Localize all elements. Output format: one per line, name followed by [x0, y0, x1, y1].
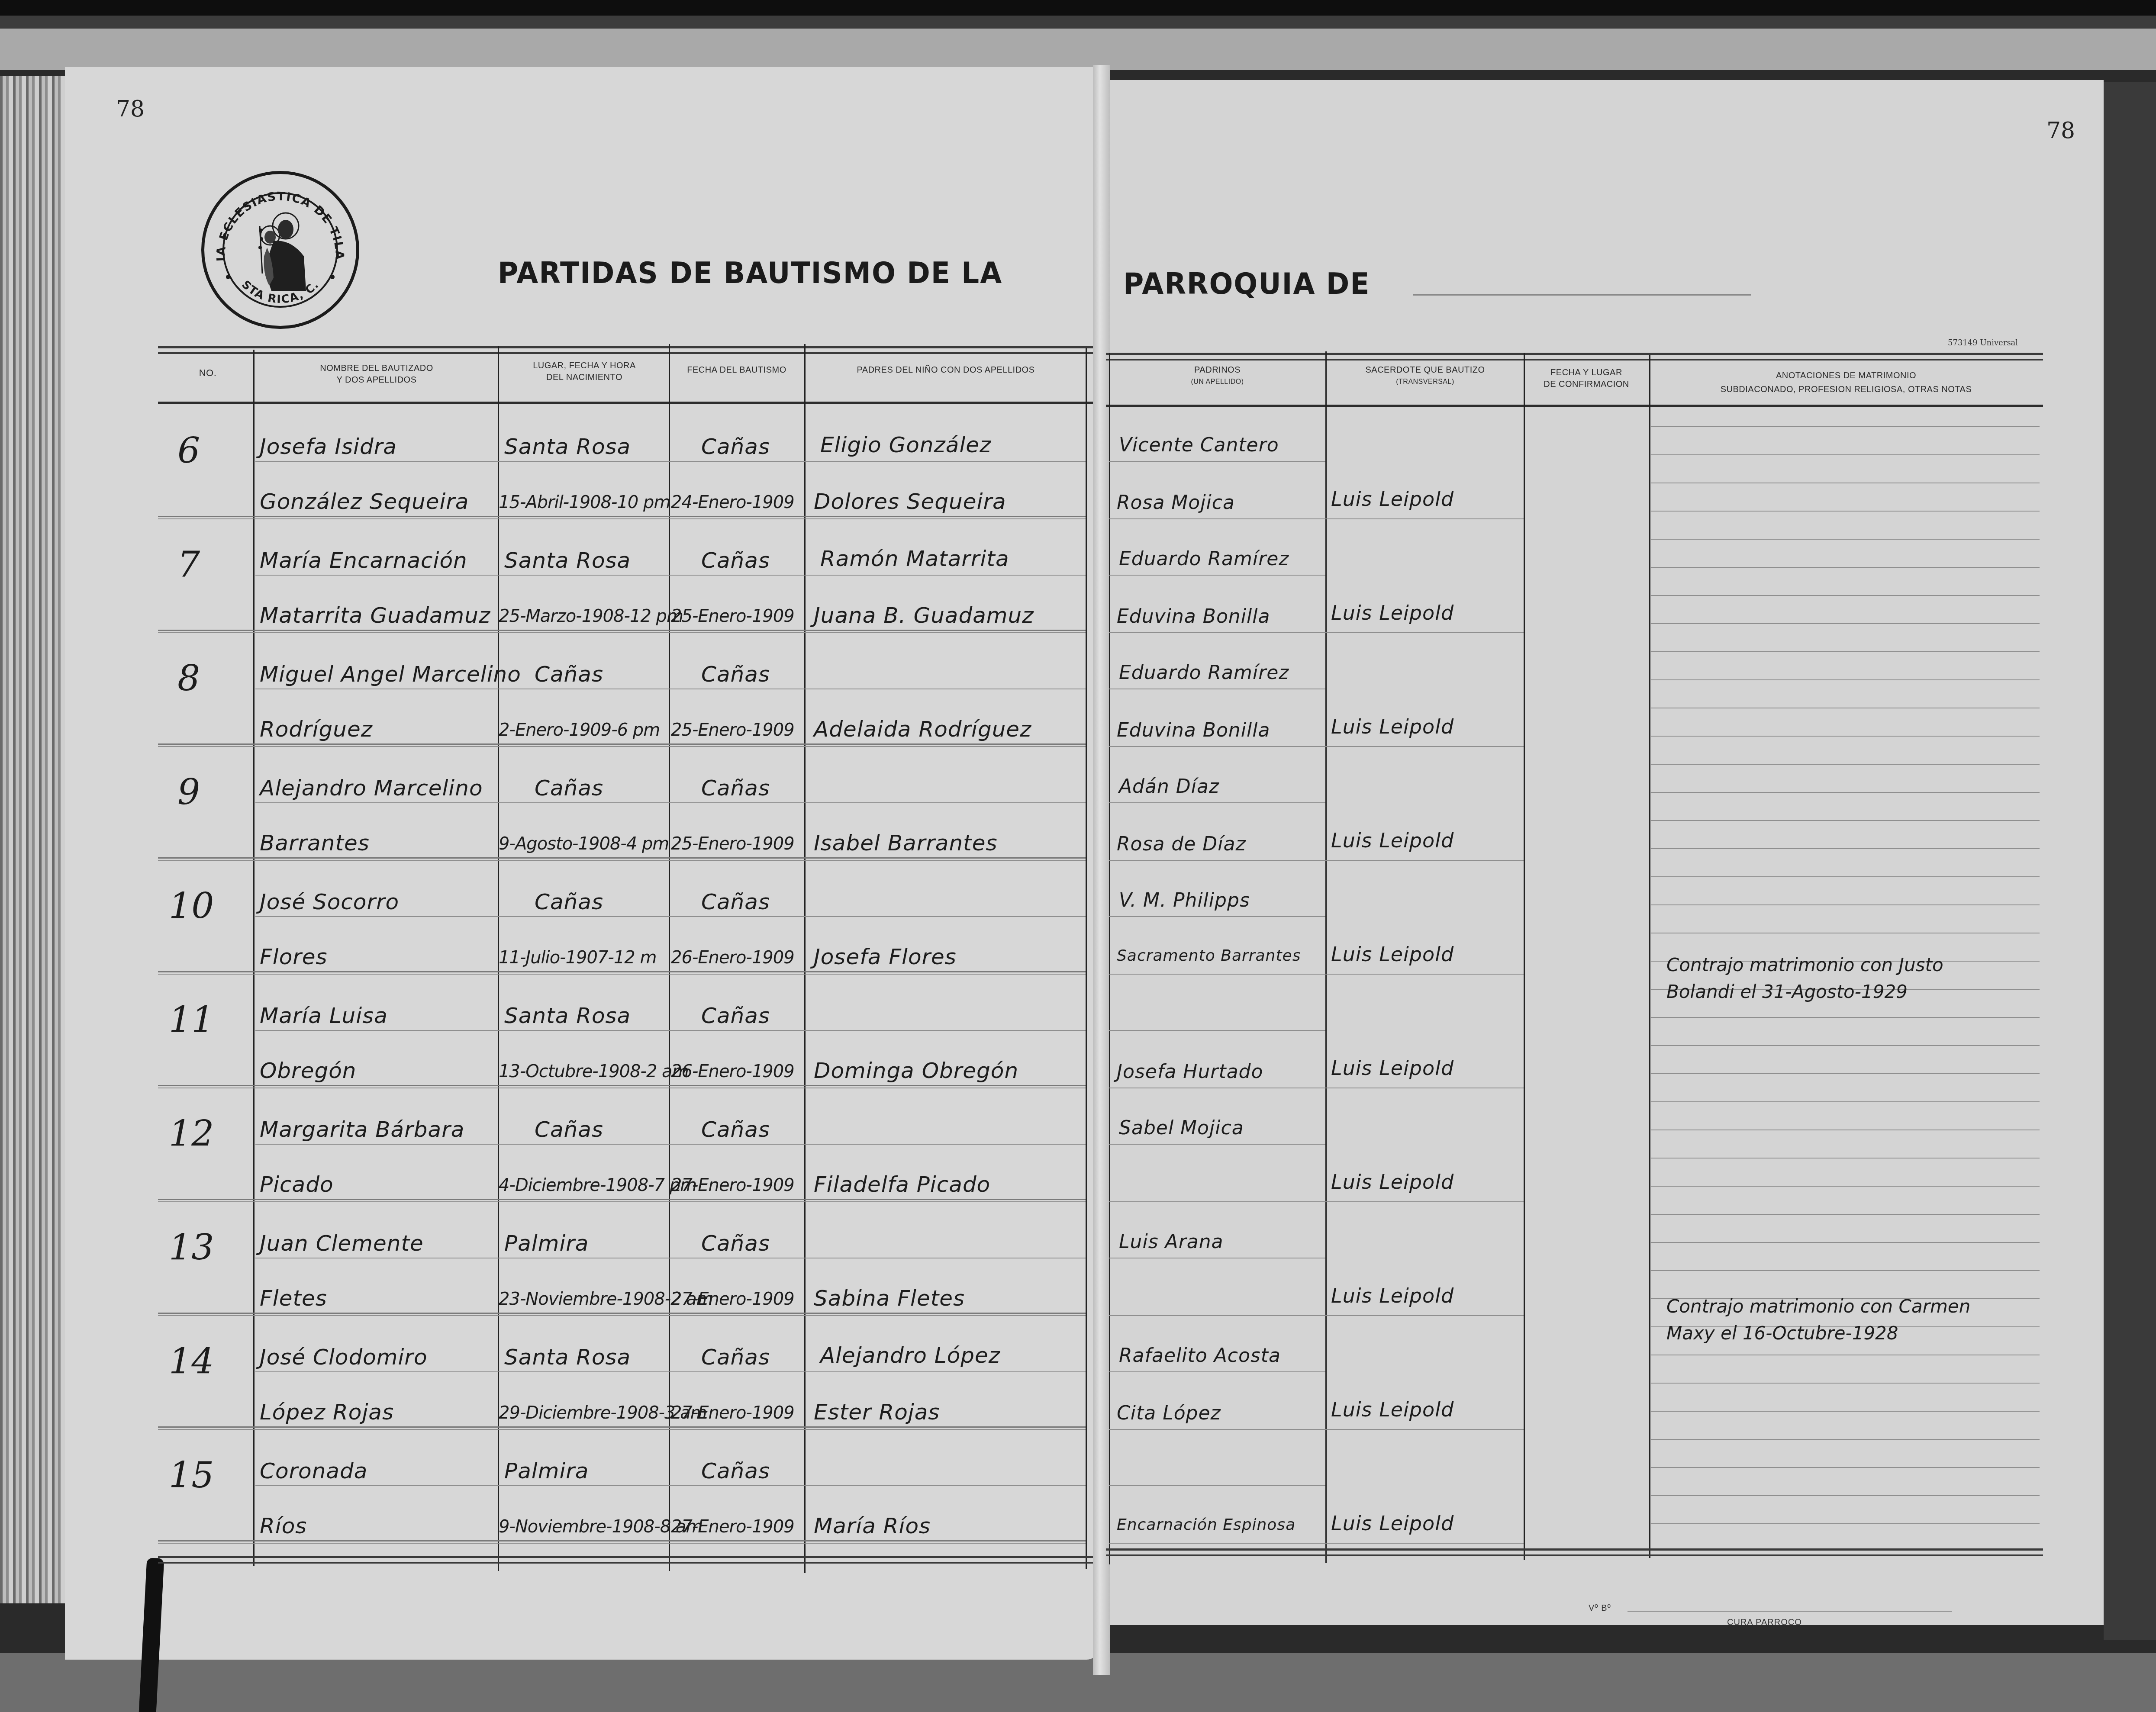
anotaciones-line: [1650, 736, 2040, 737]
birth-place: Santa Rosa: [504, 1345, 631, 1370]
baptism-place: Cañas: [701, 776, 770, 801]
priest-separator: [1325, 1429, 1524, 1430]
child-surnames: López Rojas: [260, 1400, 394, 1425]
entry-midline-right: [1109, 575, 1325, 576]
entry-midline-right: [1109, 1030, 1325, 1031]
entry-separator-2: [158, 974, 1086, 975]
birth-place: Cañas: [535, 1117, 603, 1142]
entry-midline-right: [1109, 1485, 1325, 1486]
anotaciones-line: [1650, 1073, 2040, 1074]
col-header-lugar-line1: LUGAR, FECHA Y HORA: [502, 360, 667, 372]
marriage-note-line-2: Bolandi el 31-Agosto-1929: [1666, 981, 1908, 1002]
godparent-1: Eduardo Ramírez: [1119, 662, 1289, 684]
entry-separator: [158, 1426, 1086, 1428]
signature-line: [1627, 1611, 1952, 1612]
entry-separator-2: [158, 746, 1086, 747]
anotaciones-line: [1650, 1270, 2040, 1271]
birth-date-time: 2-Enero-1909-6 pm: [499, 720, 660, 740]
child-given-names: José Socorro: [260, 889, 399, 914]
anotaciones-line: [1650, 511, 2040, 512]
anotaciones-line: [1650, 1355, 2040, 1355]
entry-number: 8: [177, 658, 200, 699]
scan-background-top: [0, 0, 2156, 16]
birth-place: Cañas: [535, 889, 603, 914]
entry-separator-right: [1109, 1315, 1325, 1316]
anotaciones-line: [1650, 1523, 2040, 1524]
entry-separator-right: [1109, 1429, 1325, 1430]
priest-separator: [1325, 1315, 1524, 1316]
mother-name: Juana B. Guadamuz: [814, 603, 1034, 628]
col-rule-8: [1524, 353, 1525, 1560]
entry-separator-2: [158, 1429, 1086, 1430]
child-surnames: Fletes: [260, 1286, 327, 1311]
entry-number: 10: [169, 886, 214, 927]
entry-separator-right: [1109, 746, 1325, 747]
godparent-2: Sacramento Barrantes: [1117, 947, 1301, 965]
marriage-note-line-2: Maxy el 16-Octubre-1928: [1666, 1323, 1898, 1344]
priest-name: Luis Leipold: [1331, 1284, 1454, 1307]
entry-separator: [158, 1313, 1086, 1314]
baptism-place: Cañas: [701, 662, 770, 687]
priest-name: Luis Leipold: [1331, 715, 1454, 738]
anotaciones-line: [1650, 1186, 2040, 1187]
marriage-note-line-1: Contrajo matrimonio con Justo: [1666, 954, 1943, 975]
cura-parroco-label: CURA PARROCO: [1727, 1618, 1802, 1628]
page-number-right: 78: [2046, 118, 2075, 144]
entry-midline-right: [1109, 1144, 1325, 1145]
entry-midline: [255, 689, 1086, 689]
parish-name-blank: [1413, 294, 1751, 296]
col-rule-4: [804, 344, 806, 1573]
entry-midline: [255, 461, 1086, 462]
col-header-no: No.: [169, 367, 247, 379]
anotaciones-line: [1650, 679, 2040, 680]
col-header-nombre: NOMBRE DEL BAUTIZADO Y DOS APELLIDOS: [260, 363, 493, 386]
anotaciones-line: [1650, 933, 2040, 933]
birth-place: Santa Rosa: [504, 548, 631, 573]
priest-separator: [1325, 1201, 1524, 1202]
child-surnames: Barrantes: [260, 830, 370, 856]
col-header-anotaciones: ANOTACIONES DE MATRIMONIO SUBDIACONADO, …: [1653, 369, 2039, 396]
col-header-lugar-line2: DEL NACIMIENTO: [502, 372, 667, 383]
page-stack-edge: [0, 76, 65, 1603]
anotaciones-line: [1650, 483, 2040, 483]
anotaciones-line: [1650, 708, 2040, 708]
col-rule-5: [1086, 348, 1087, 1569]
priest-name: Luis Leipold: [1331, 943, 1454, 966]
header-bottom-rule-left: [158, 402, 1093, 404]
godparent-2: Encarnación Espinosa: [1117, 1516, 1296, 1534]
entry-separator-right: [1109, 974, 1325, 975]
entry-separator-2: [158, 518, 1086, 519]
entry-separator-right: [1109, 632, 1325, 633]
entry-midline: [255, 1371, 1086, 1372]
baptism-place: Cañas: [701, 1231, 770, 1256]
priest-separator: [1325, 632, 1524, 633]
child-given-names: Margarita Bárbara: [260, 1117, 464, 1142]
birth-place: Palmira: [504, 1231, 589, 1256]
godparent-1: Luis Arana: [1119, 1231, 1224, 1253]
father-name: Eligio González: [820, 432, 991, 457]
entry-midline: [255, 916, 1086, 917]
anotaciones-line: [1650, 1158, 2040, 1158]
right-page: [1108, 80, 2104, 1625]
baptism-place: Cañas: [701, 1345, 770, 1370]
col-header-nombre-line1: NOMBRE DEL BAUTIZADO: [260, 363, 493, 374]
priest-name: Luis Leipold: [1331, 1512, 1454, 1535]
baptism-date: 27-Enero-1909: [671, 1517, 794, 1537]
col-header-sacerdote: SACERDOTE QUE BAUTIZO (TRANSVERSAL): [1329, 364, 1521, 388]
entry-midline-right: [1109, 1258, 1325, 1258]
mother-name: Filadelfa Picado: [814, 1172, 990, 1197]
baptism-date: 25-Enero-1909: [671, 834, 794, 854]
birth-place: Santa Rosa: [504, 1003, 631, 1028]
priest-name: Luis Leipold: [1331, 601, 1454, 624]
birth-date-time: 9-Agosto-1908-4 pm: [499, 834, 669, 854]
entry-separator-2: [158, 860, 1086, 861]
godparent-2: Rosa Mojica: [1117, 492, 1235, 514]
baptism-place: Cañas: [701, 889, 770, 914]
entry-separator-right: [1109, 860, 1325, 861]
birth-date-time: 15-Abril-1908-10 pm: [499, 492, 670, 512]
book-cover-right: [2104, 82, 2156, 1640]
entry-separator-2: [158, 1315, 1086, 1316]
anotaciones-line: [1650, 1130, 2040, 1130]
col-rule-3: [669, 344, 670, 1571]
child-surnames: Matarrita Guadamuz: [260, 603, 490, 628]
col-header-confirmacion: FECHA Y LUGAR DE CONFIRMACION: [1526, 367, 1647, 390]
child-given-names: José Clodomiro: [260, 1345, 428, 1370]
book-cover-edge: [0, 16, 2156, 29]
mother-name: María Ríos: [814, 1513, 931, 1538]
entry-number: 7: [177, 544, 200, 586]
anotaciones-line: [1650, 623, 2040, 624]
col-header-confirmacion-line2: DE CONFIRMACION: [1526, 379, 1647, 390]
entry-separator-right: [1109, 1088, 1325, 1088]
col-rule-7: [1325, 351, 1327, 1563]
priest-separator: [1325, 860, 1524, 861]
anotaciones-line: [1650, 1383, 2040, 1384]
entry-midline-right: [1109, 802, 1325, 803]
entry-separator-2: [158, 1088, 1086, 1088]
baptism-date: 27-Enero-1909: [671, 1403, 794, 1423]
godparent-1: Adán Díaz: [1119, 776, 1219, 798]
priest-separator: [1325, 746, 1524, 747]
child-surnames: Ríos: [260, 1513, 307, 1538]
baptism-date: 24-Enero-1909: [671, 492, 794, 512]
baptism-place: Cañas: [701, 1458, 770, 1484]
child-surnames: Rodríguez: [260, 717, 373, 742]
birth-date-time: 11-Julio-1907-12 m: [499, 948, 656, 968]
mother-name: Ester Rojas: [814, 1400, 940, 1425]
entry-separator: [158, 1085, 1086, 1086]
anotaciones-line: [1650, 1101, 2040, 1102]
title-left: PARTIDAS DE BAUTISMO DE LA: [498, 256, 1002, 290]
book-cover-top: [0, 29, 2156, 70]
entry-midline: [255, 1030, 1086, 1031]
col-header-sacerdote-line1: SACERDOTE QUE BAUTIZO: [1329, 364, 1521, 376]
baptism-place: Cañas: [701, 1117, 770, 1142]
priest-name: Luis Leipold: [1331, 1170, 1454, 1194]
birth-place: Cañas: [535, 662, 603, 687]
birth-place: Cañas: [535, 776, 603, 801]
entry-midline-right: [1109, 689, 1325, 689]
entry-number: 13: [169, 1227, 214, 1268]
entry-separator: [158, 743, 1086, 745]
marriage-note-line-1: Contrajo matrimonio con Carmen: [1666, 1296, 1970, 1317]
anotaciones-line: [1650, 764, 2040, 765]
baptism-date: 26-Enero-1909: [671, 948, 794, 968]
entry-midline-right: [1109, 1371, 1325, 1372]
anotaciones-line: [1650, 1467, 2040, 1468]
mother-name: Dominga Obregón: [814, 1058, 1018, 1083]
godparent-1: Vicente Cantero: [1119, 434, 1279, 456]
anotaciones-line: [1650, 904, 2040, 905]
col-header-sacerdote-line2: (TRANSVERSAL): [1329, 376, 1521, 388]
anotaciones-line: [1650, 792, 2040, 793]
mother-name: Josefa Flores: [814, 944, 957, 969]
child-given-names: María Luisa: [260, 1003, 388, 1028]
header-top-rule-left: [158, 346, 1093, 348]
anotaciones-line: [1650, 539, 2040, 540]
entry-separator-2: [158, 1201, 1086, 1202]
entry-number: 15: [169, 1455, 214, 1496]
anotaciones-line: [1650, 651, 2040, 652]
entry-number: 11: [169, 1000, 214, 1041]
entry-midline: [255, 1485, 1086, 1486]
col-header-padrinos: PADRINOS (UN APELLIDO): [1112, 364, 1322, 388]
father-name: Alejandro López: [820, 1343, 1000, 1368]
baptism-place: Cañas: [701, 1003, 770, 1028]
baptism-place: Cañas: [701, 434, 770, 459]
birth-place: Santa Rosa: [504, 434, 631, 459]
anotaciones-line: [1650, 1411, 2040, 1412]
anotaciones-line: [1650, 848, 2040, 849]
anotaciones-line: [1650, 567, 2040, 568]
godparent-2: Eduvina Bonilla: [1117, 605, 1270, 628]
entry-separator: [158, 1540, 1086, 1541]
priest-name: Luis Leipold: [1331, 1398, 1454, 1421]
col-rule-9: [1649, 355, 1650, 1558]
baptism-date: 25-Enero-1909: [671, 606, 794, 626]
entry-number: 9: [177, 772, 200, 813]
anotaciones-line: [1650, 1214, 2040, 1215]
godparent-2: Cita López: [1117, 1402, 1221, 1424]
birth-date-time: 13-Octubre-1908-2 am: [499, 1062, 689, 1081]
baptism-date: 25-Enero-1909: [671, 720, 794, 740]
entry-separator: [158, 630, 1086, 631]
header-bottom-rule-right: [1106, 405, 2043, 407]
anotaciones-line: [1650, 426, 2040, 427]
child-given-names: Josefa Isidra: [260, 434, 397, 459]
priest-separator: [1325, 518, 1524, 519]
entry-separator-right: [1109, 1201, 1325, 1202]
entry-number: 12: [169, 1113, 214, 1155]
title-right: PARROQUIA DE: [1123, 267, 1370, 301]
col-header-padrinos-line2: (UN APELLIDO): [1112, 376, 1322, 388]
entry-separator: [158, 516, 1086, 517]
child-surnames: Picado: [260, 1172, 334, 1197]
col-header-padres: PADRES DEL NIÑO CON DOS APELLIDOS: [809, 364, 1082, 376]
godparent-1: Sabel Mojica: [1119, 1117, 1244, 1139]
col-header-confirmacion-line1: FECHA Y LUGAR: [1526, 367, 1647, 379]
col-header-anotaciones-line1: ANOTACIONES DE MATRIMONIO: [1653, 369, 2039, 383]
entry-midline: [255, 575, 1086, 576]
mother-name: Dolores Sequeira: [814, 489, 1006, 514]
entry-separator: [158, 857, 1086, 859]
baptism-date: 27-Enero-1909: [671, 1175, 794, 1195]
entry-midline-right: [1109, 916, 1325, 917]
godparent-1: V. M. Philipps: [1119, 889, 1250, 911]
birth-date-time: 4-Diciembre-1908-7 pm: [499, 1175, 696, 1195]
anotaciones-line: [1650, 1017, 2040, 1018]
child-surnames: Obregón: [260, 1058, 356, 1083]
godparent-1: Rafaelito Acosta: [1119, 1345, 1281, 1367]
anotaciones-line: [1650, 454, 2040, 455]
birth-date-time: 25-Marzo-1908-12 pm: [499, 606, 683, 626]
priest-separator: [1325, 1543, 1524, 1544]
baptism-place: Cañas: [701, 548, 770, 573]
visto-bueno-label: Vº Bº: [1589, 1603, 1611, 1613]
col-rule-6: [1109, 353, 1110, 1564]
priest-separator: [1325, 1088, 1524, 1088]
priest-name: Luis Leipold: [1331, 1056, 1454, 1080]
book-gutter: [1093, 65, 1110, 1675]
child-given-names: Alejandro Marcelino: [260, 776, 483, 801]
anotaciones-line: [1650, 1242, 2040, 1243]
entry-separator: [158, 1199, 1086, 1200]
child-surnames: Flores: [260, 944, 328, 969]
anotaciones-line: [1650, 1045, 2040, 1046]
col-header-padrinos-line1: PADRINOS: [1112, 364, 1322, 376]
entry-separator-2: [158, 632, 1086, 633]
curia-seal: CURIA ECLESIASTICA DE TILARAN COSTA RICA…: [201, 171, 359, 329]
col-header-anotaciones-line2: SUBDIACONADO, PROFESION RELIGIOSA, OTRAS…: [1653, 383, 2039, 396]
child-given-names: María Encarnación: [260, 548, 467, 573]
anotaciones-line: [1650, 595, 2040, 596]
godparent-1: Eduardo Ramírez: [1119, 548, 1289, 570]
priest-name: Luis Leipold: [1331, 487, 1454, 511]
priest-name: Luis Leipold: [1331, 829, 1454, 852]
anotaciones-line: [1650, 820, 2040, 821]
godparent-2: Eduvina Bonilla: [1117, 719, 1270, 741]
father-name: Ramón Matarrita: [820, 546, 1009, 571]
godparent-2: Josefa Hurtado: [1117, 1061, 1263, 1083]
mother-name: Sabina Fletes: [814, 1286, 965, 1311]
entry-separator-right: [1109, 1543, 1325, 1544]
entry-midline-right: [1109, 461, 1325, 462]
table-bottom-rule-left: [158, 1556, 1093, 1558]
form-code: 573149 Universal: [1948, 338, 2018, 348]
entry-separator-2: [158, 1543, 1086, 1544]
col-header-lugar: LUGAR, FECHA Y HORA DEL NACIMIENTO: [502, 360, 667, 383]
mother-name: Isabel Barrantes: [814, 830, 998, 856]
priest-separator: [1325, 974, 1524, 975]
header-top-rule-right: [1106, 353, 2043, 355]
anotaciones-line: [1650, 876, 2040, 877]
anotaciones-line: [1650, 1439, 2040, 1440]
entry-midline: [255, 1258, 1086, 1258]
saint-with-child-icon: [248, 209, 313, 293]
anotaciones-line: [1650, 1495, 2040, 1496]
entry-midline: [255, 1144, 1086, 1145]
baptism-date: 26-Enero-1909: [671, 1062, 794, 1081]
entry-separator: [158, 971, 1086, 972]
birth-place: Palmira: [504, 1458, 589, 1484]
page-number-left: 78: [116, 96, 145, 122]
scan-background-bottom: [0, 1653, 2156, 1712]
col-header-nombre-line2: Y DOS APELLIDOS: [260, 374, 493, 386]
entry-midline: [255, 802, 1086, 803]
entry-separator-right: [1109, 518, 1325, 519]
col-header-fecha-bautismo: FECHA DEL BAUTISMO: [672, 364, 802, 376]
child-surnames: González Sequeira: [260, 489, 469, 514]
mother-name: Adelaida Rodríguez: [814, 717, 1031, 742]
col-rule-1: [253, 350, 255, 1566]
baptism-date: 27-Enero-1909: [671, 1289, 794, 1309]
child-given-names: Coronada: [260, 1458, 367, 1484]
child-given-names: Juan Clemente: [260, 1231, 424, 1256]
godparent-2: Rosa de Díaz: [1117, 833, 1246, 855]
table-bottom-rule-right: [1106, 1548, 2043, 1551]
entry-number: 14: [169, 1341, 214, 1382]
entry-number: 6: [177, 431, 200, 472]
child-given-names: Miguel Angel Marcelino: [260, 662, 521, 687]
